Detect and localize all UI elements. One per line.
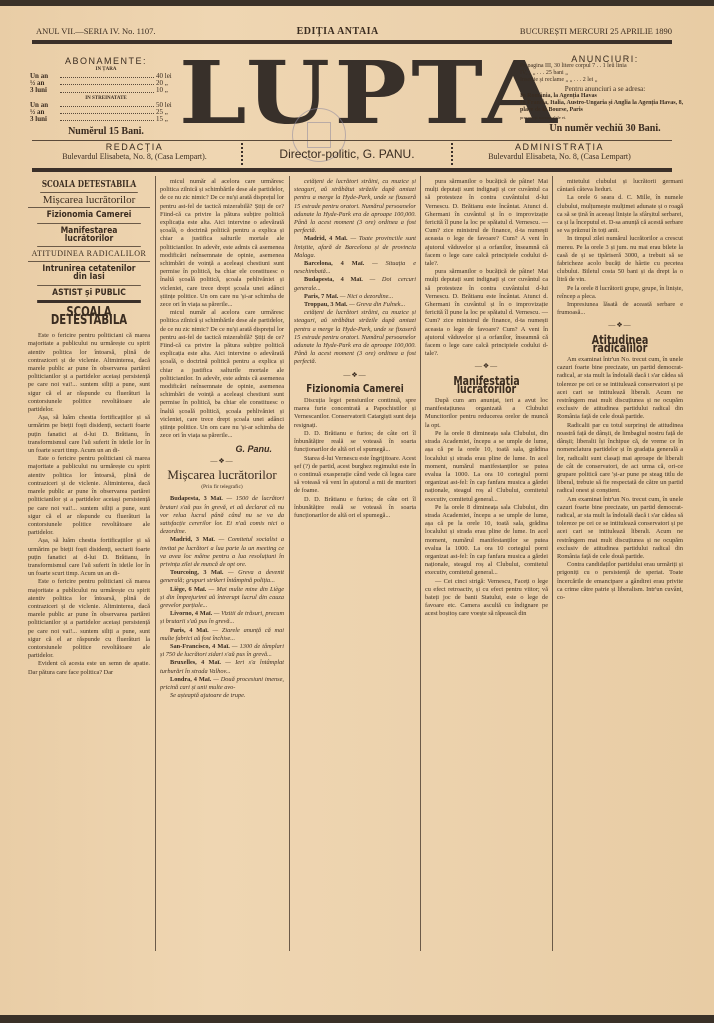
column-divider [552,176,553,951]
lead-headline: SCOALA DETESTABILA [41,309,136,325]
article-paragraph: Impresiunea lăsată de această serbare e … [557,301,683,317]
news-place: Troppau, 3 Maï. [304,301,348,308]
news-item: Madrid, 3 Maï. — Comitetul socialist a i… [160,536,284,569]
news-text: — Greva din Fulnek... [349,301,405,308]
article-paragraph: Așa, să luăm chestia fortificațiilor și … [28,537,150,578]
chamber-headline: Fizionomia Camerei [306,385,404,393]
divider [451,143,453,165]
divider [241,143,243,165]
telegraph-note: (Prin fir telegrafic) [160,483,284,491]
leader-dots [60,102,154,107]
column-4: pura sărmanilor o bucățică de pâine! Mai… [425,178,548,953]
news-place: Bruxelles, 4 Maï. [170,659,221,666]
news-place: Barcelona, 4 Maï. [304,260,364,267]
advertising-box: ANUNCIURI: Pe pagina III, 30 litere corp… [520,56,690,132]
leader-dots [60,109,154,114]
advertising-title: ANUNCIURI: [520,56,690,63]
ad-agency-abroad: In Francia, Italia, Austro-Ungaria și An… [520,100,690,114]
manifestation-headline: Manifestația lucrătorilor [439,377,535,393]
column-divider [289,176,290,951]
column-1: SCOALA DETESTABILA Mișcarea lucrătorilor… [28,178,150,958]
article-paragraph: După cum am anunțat, ieri a avut loc man… [425,397,548,430]
administration-label: ADMINISTRAȚIA [457,143,662,152]
news-place: Madrid, 4 Maï. [304,235,348,242]
dateline: ANUL VII.—SERIA IV. No. 1107. EDIȚIA ANT… [36,25,672,37]
article-paragraph: Starea d-lui Vernescu este îngrijitoare.… [294,455,416,496]
period: 3 luni [30,116,58,123]
news-place: Budapesta, 3 Maï. [170,495,223,502]
news-item: Budapesta, 4 Maï. — Doi cercuri generale… [294,276,416,292]
labor-headline: Mișcarea lucrătorilor [160,471,284,479]
ad-address-intro: Pentru anunciuri a se adresa: [520,86,690,93]
article-paragraph: mitetului clubului și lucrătorii germani… [557,178,683,194]
leader-dots [60,73,154,78]
edition-label: EDIȚIA ANTAIA [297,26,379,37]
article-paragraph: D. D. Brătianu e furios; de câte ori îl … [294,496,416,521]
article-paragraph: Pe la orele 8 dimineața sala Clubului, d… [425,504,548,578]
article-paragraph: pura sărmanilor o bucățică de pâine! Mai… [425,268,548,358]
news-item: Madrid, 4 Maï. — Toate provinciile sunt … [294,235,416,260]
subscription-title: ABONAMENTE: [30,56,182,66]
column-divider [420,176,421,951]
editorial-office-label: REDACȚIA [32,143,237,152]
news-place: Londra, 4 Maï. [170,676,211,683]
editorial-office-address: Bulevardul Elisabeta, No. 8, (Casa Lempa… [32,152,237,161]
news-item: Budapesta, 3 Maï. — 1500 de lucrători br… [160,495,284,536]
column-2: micul număr al acelora care urmăresc pol… [160,178,284,953]
administration-office: ADMINISTRAȚIA Bulevardul Elisabeta, No. … [457,143,662,165]
news-place: Budapesta, 4 Maï. [304,276,363,283]
news-text: — Nici o dezordine... [340,293,393,300]
article-paragraph: pura sărmanilor o bucățică de pâine! Mai… [425,178,548,268]
article-paragraph: cetățeni de lucrători străini, cu muzice… [294,178,416,235]
editorial-office: REDACȚIA Bulevardul Elisabeta, No. 8, (C… [32,143,237,165]
news-item: Londra, 4 Maï. — Două procesiuni imense,… [160,676,284,692]
newspaper-title: LUPTA [179,52,535,136]
news-item: Livorno, 4 Maï. — Vizitii de trăsuri, pr… [160,610,284,626]
ad-rate: Pe pagina III, 30 litere corpul 7 . . 1 … [520,63,690,70]
toc-item[interactable]: ATITUDINEA RADICALILOR [28,247,150,262]
news-item: Barcelona, 4 Maï. — Situația e neschimba… [294,260,416,276]
political-director: Director-politic, G. PANU. [247,143,447,165]
news-place: San-Francisco, 4 Maï. [170,643,230,650]
ad-agency-note: precum și succursalele ei. [520,114,690,121]
toc-item[interactable]: Manifestarea lucrătorilor [37,224,141,247]
toc-item[interactable]: SCOALA DETESTABILA [40,178,138,193]
article-paragraph: Pe la orele 8 dimineața sala Clubului, d… [425,430,548,504]
editorial-info-row: REDACȚIA Bulevardul Elisabeta, No. 8, (C… [32,143,672,165]
news-item: Troppau, 3 Maï. — Greva din Fulnek... [294,301,416,309]
abroad-label: IN STREINATATE [30,96,182,101]
news-place: Liège, 6 Maï. [170,586,206,593]
scan-edge-top [0,0,714,6]
ornament-divider: —❖— [557,321,683,329]
masthead-rule-bottom [32,168,672,172]
radicals-headline: Atitudinea radicalilor [570,336,671,352]
ad-rate: IV, „ „ . . . 25 bani „ [520,70,690,77]
column-5: mitetului clubului și lucrătorii germani… [557,178,683,953]
article-paragraph: Așa, să luăm chestia fortificațiilor și … [28,414,150,455]
article-paragraph: Radicalii par cu totul surprinși de atit… [557,422,683,496]
article-paragraph: Am examinat într'un No. trecut cum, în u… [557,356,683,422]
article-paragraph: micul număr al acelora care urmăresc pol… [160,178,284,309]
news-item: Se așteaptă ajutoare de trupe. [160,692,284,700]
news-item: Paris, 7 Maï. — Nici o dezordine... [294,293,416,301]
ornament-divider: —❖— [425,362,548,370]
scan-edge-bottom [0,1015,714,1023]
news-item: Liège, 6 Maï. — Mai multe mine din Liège… [160,586,284,611]
article-paragraph: Contra candidaților partidului erau urmă… [557,561,683,602]
ad-rate: Inserție și reclame „ „ . . . 2 lei „ [520,77,690,84]
article-paragraph: cetățeni de lucrători străini, cu muzice… [294,309,416,366]
subscription-row: 3 luni15 „ [30,116,182,123]
news-place: Livorno, 4 Maï. [170,610,212,617]
administration-address: Bulevardul Elisabeta, No. 8, (Casa Lempa… [457,152,662,161]
masthead-rule-mid [32,140,672,141]
leader-dots [60,80,154,85]
news-item: Tourcoing, 3 Maï. — Greva a devenit gene… [160,569,284,585]
ornament-divider: —❖— [160,457,284,465]
article-paragraph: Este o fericire pentru politiciani că ma… [28,332,150,414]
ornament-divider: —❖— [294,371,416,379]
article-paragraph: Pe la orele 8 lucrătorii grupe, grupe, î… [557,285,683,301]
news-place: Paris, 4 Maï. [170,627,209,634]
article-paragraph: Am examinat într'un No. trecut cum, în u… [557,496,683,562]
news-place: Madrid, 3 Maï. [170,536,215,543]
subscription-box: ABONAMENTE: IN ȚARA Un an40 lei½ an20 „3… [30,56,182,137]
old-issue-price: Un numĕr vechiŭ 30 Bani. [520,125,690,132]
news-item: Paris, 4 Maï. — Ziarele anunță că mai mu… [160,627,284,643]
issue-price: Numĕrul 15 Bani. [30,126,182,137]
subscription-row: 3 luni10 „ [30,87,182,94]
toc-item[interactable]: Mișcarea lucrătorilor [28,193,150,208]
column-3: cetățeni de lucrători străini, cu muzice… [294,178,416,953]
publication-date: BUCUREȘTI MERCURI 25 APRILIE 1890 [520,26,672,36]
article-paragraph: — Cei cinci strigă: Vernescu, Faceți o l… [425,578,548,619]
article-paragraph: Evident că acesta este un semn de apatie… [28,660,150,676]
news-place: Tourcoing, 3 Maï. [170,569,223,576]
toc-item[interactable]: Fizionomia Camerei [37,208,141,223]
news-item: San-Francisco, 4 Maï. — 1300 de tâmplari… [160,643,284,659]
article-paragraph: D. D. Brătianu e furios; de câte ori îl … [294,430,416,455]
column-divider [155,176,156,951]
newspaper-page: ANUL VII.—SERIA IV. No. 1107. EDIȚIA ANT… [0,0,714,1023]
ad-agency-romania: In România, la Agenția Havas [520,93,690,100]
news-item: Bruxelles, 4 Maï. — Ieri s'a întâmplat t… [160,659,284,675]
article-paragraph: Discuția legei pensiunilor continuă, spr… [294,397,416,430]
article-paragraph: La orele 6 seara d. C. Mille, în numele … [557,194,683,235]
article-paragraph: Este o fericire pentru politiciani că ma… [28,455,150,537]
leader-dots [60,116,154,121]
article-paragraph: Este o fericire pentru politiciani că ma… [28,578,150,660]
period: 3 luni [30,87,58,94]
author-signature: G. Panu. [160,445,272,453]
news-place: Paris, 7 Maï. [304,293,338,300]
issue-number: ANUL VII.—SERIA IV. No. 1107. [36,26,155,36]
article-paragraph: In timpul zilei numărul lucrătorilor a c… [557,235,683,284]
toc-item[interactable]: Intrunirea cetatenilor din Iasi [37,262,141,285]
toc-item[interactable]: ASTIST și PUBLIC [37,286,141,303]
article-paragraph: micul număr al acelora care urmăresc pol… [160,309,284,440]
leader-dots [60,87,154,92]
